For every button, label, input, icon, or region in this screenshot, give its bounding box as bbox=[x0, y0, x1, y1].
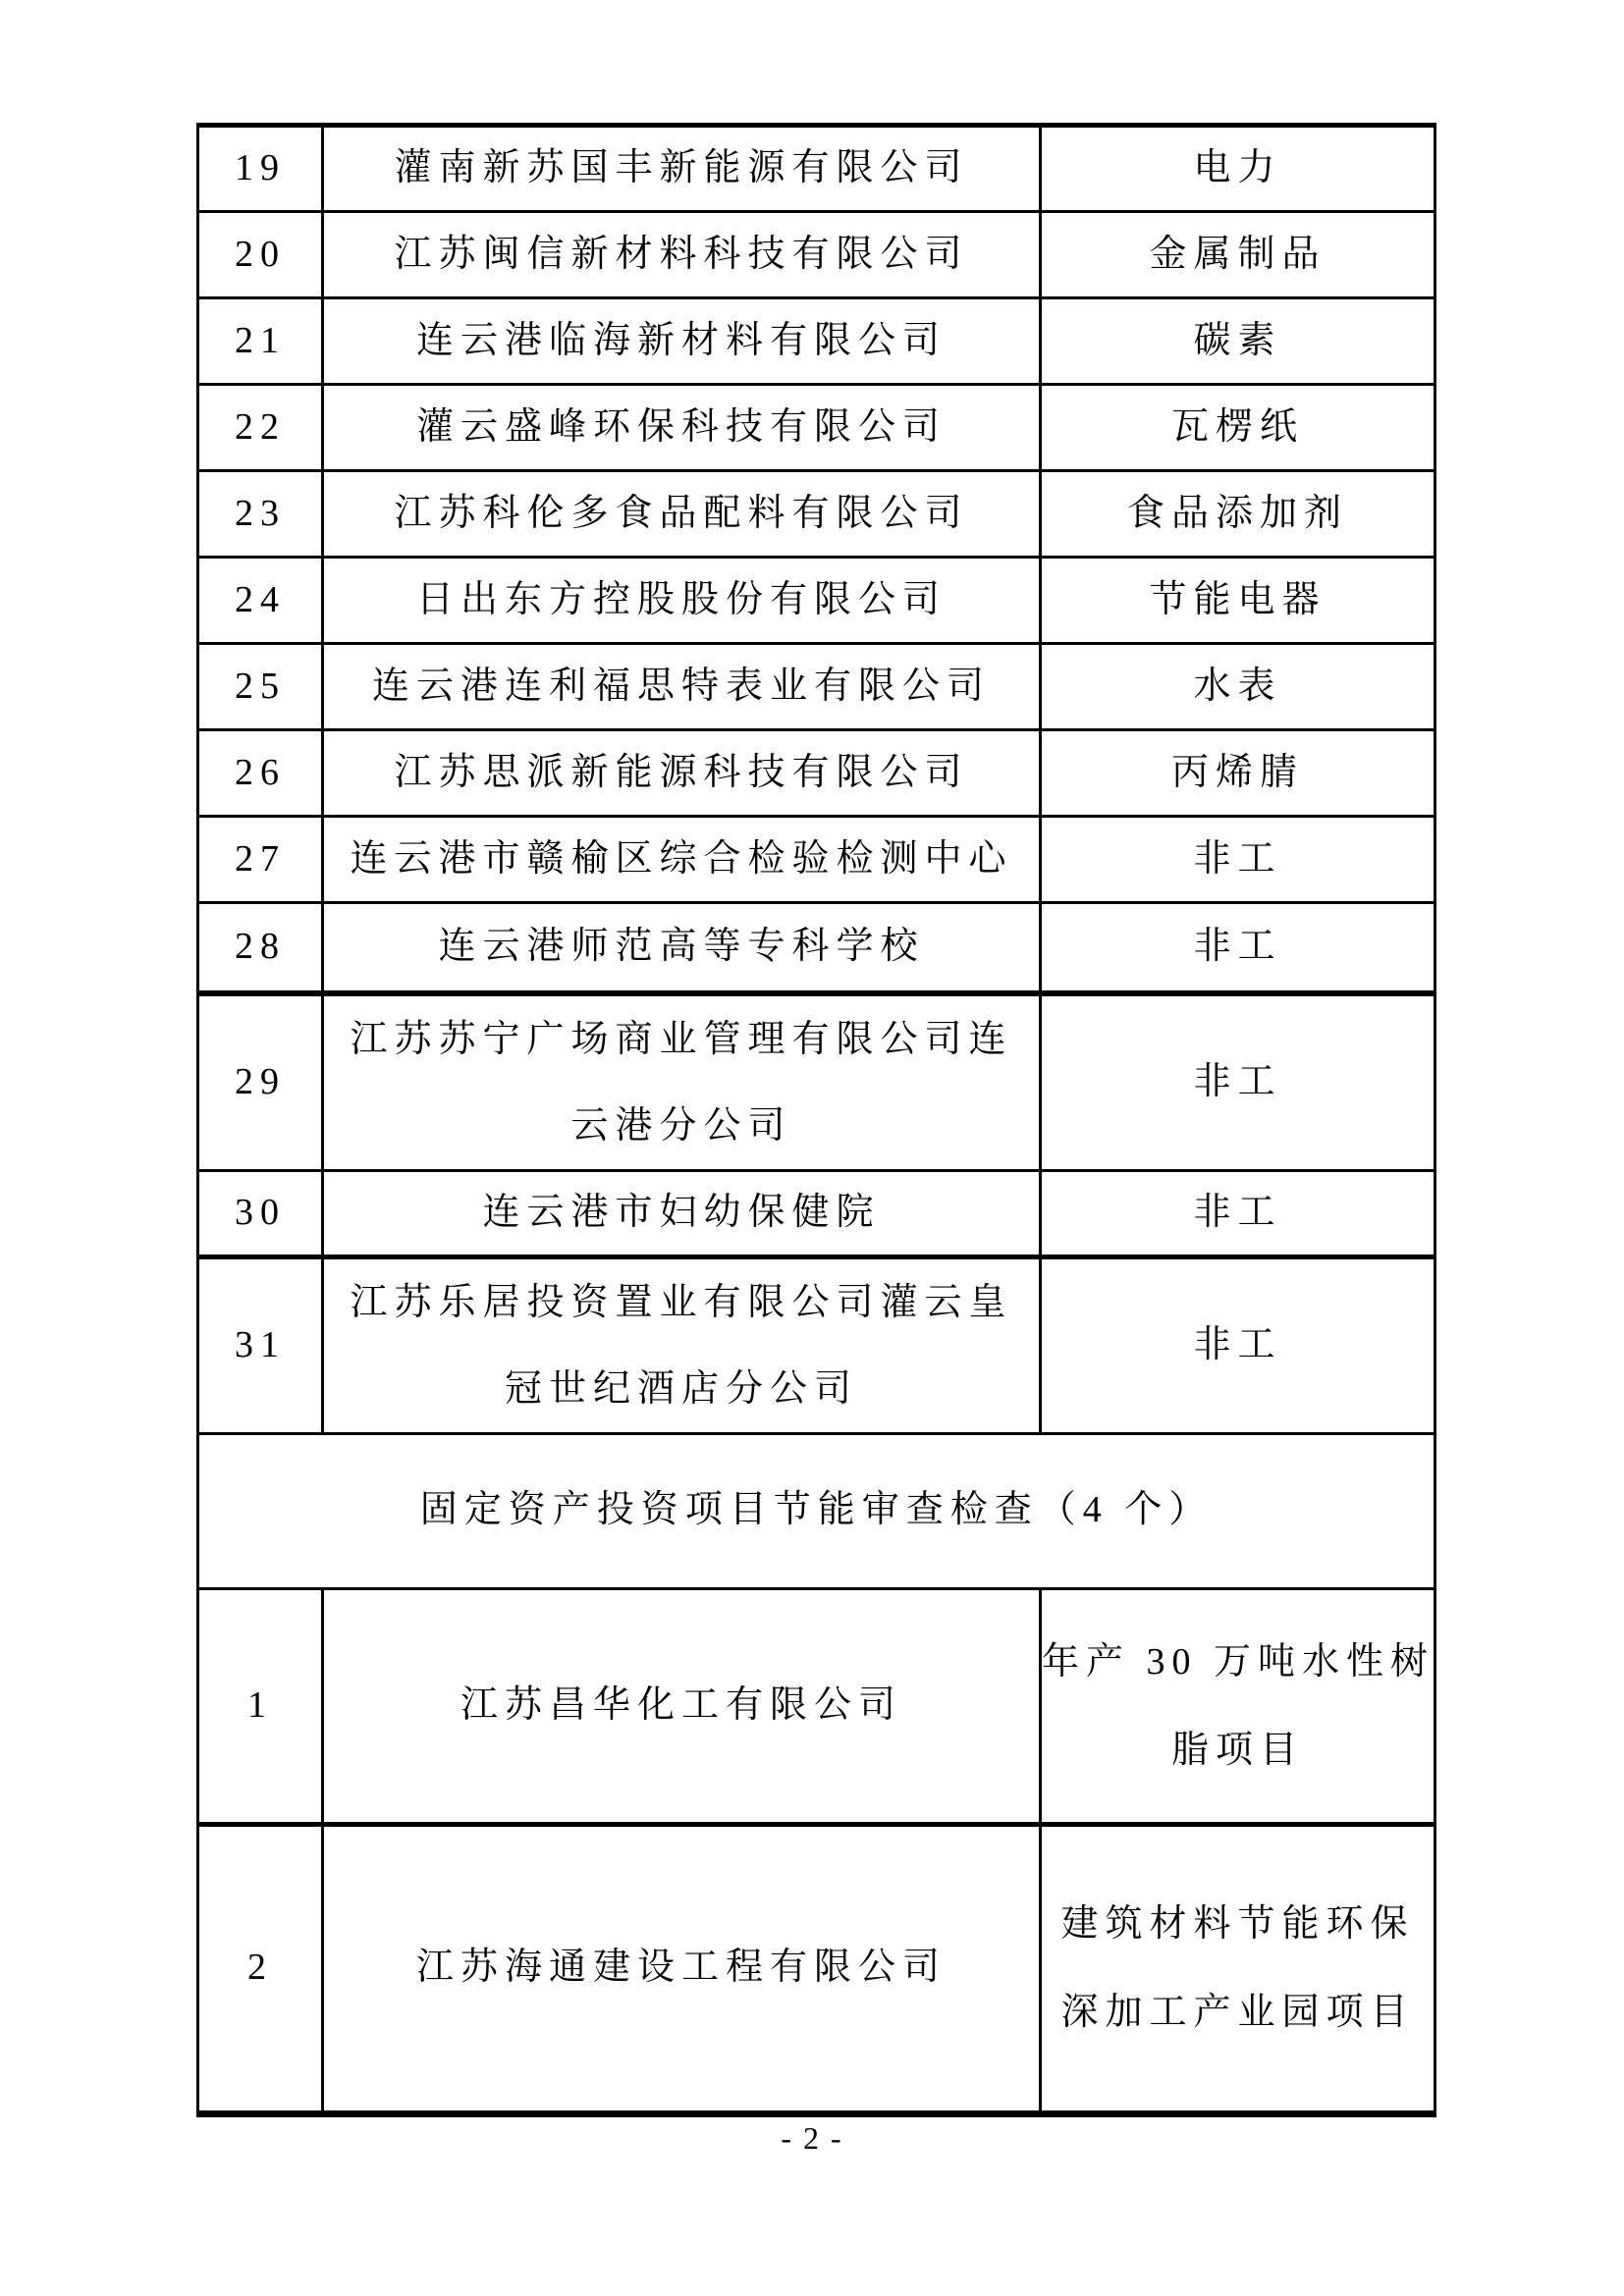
company-name-cell: 江苏思派新能源科技有限公司 bbox=[323, 730, 1041, 817]
row-number-cell: 26 bbox=[198, 730, 323, 817]
company-name-line: 江苏苏宁广场商业管理有限公司连 bbox=[324, 996, 1039, 1083]
table-row: 24 日出东方控股股份有限公司 节能电器 bbox=[198, 558, 1435, 644]
row-number-cell: 24 bbox=[198, 558, 323, 644]
row-number-cell: 19 bbox=[198, 126, 323, 212]
category-cell: 电力 bbox=[1041, 126, 1435, 212]
company-name-line: 云港分公司 bbox=[324, 1083, 1039, 1169]
table-row: 20 江苏闽信新材料科技有限公司 金属制品 bbox=[198, 212, 1435, 298]
row-number-cell: 2 bbox=[198, 1824, 323, 2113]
project-name-line: 年产 30 万吨水性树 bbox=[1042, 1618, 1434, 1706]
project-name-line: 脂项目 bbox=[1042, 1706, 1434, 1794]
company-name-cell: 灌南新苏国丰新能源有限公司 bbox=[323, 126, 1041, 212]
table-row: 25 连云港连利福思特表业有限公司 水表 bbox=[198, 644, 1435, 730]
category-cell: 非工 bbox=[1041, 817, 1435, 903]
company-name-line: 江苏乐居投资置业有限公司灌云皇 bbox=[324, 1259, 1039, 1346]
table-row: 1 江苏昌华化工有限公司 年产 30 万吨水性树 脂项目 bbox=[198, 1588, 1435, 1824]
table-row: 27 连云港市赣榆区综合检验检测中心 非工 bbox=[198, 817, 1435, 903]
row-number-cell: 31 bbox=[198, 1256, 323, 1433]
company-name-cell: 连云港连利福思特表业有限公司 bbox=[323, 644, 1041, 730]
document-page: 19 灌南新苏国丰新能源有限公司 电力 20 江苏闽信新材料科技有限公司 金属制… bbox=[0, 0, 1624, 2296]
table-row: 2 江苏海通建设工程有限公司 建筑材料节能环保 深加工产业园项目 bbox=[198, 1824, 1435, 2113]
table-row: 19 灌南新苏国丰新能源有限公司 电力 bbox=[198, 126, 1435, 212]
row-number-cell: 25 bbox=[198, 644, 323, 730]
category-cell: 非工 bbox=[1041, 993, 1435, 1171]
company-name-cell: 连云港师范高等专科学校 bbox=[323, 903, 1041, 993]
company-name-cell: 灌云盛峰环保科技有限公司 bbox=[323, 385, 1041, 471]
category-cell: 非工 bbox=[1041, 1256, 1435, 1433]
project-name-line: 建筑材料节能环保 bbox=[1042, 1880, 1434, 1968]
company-name-cell: 江苏苏宁广场商业管理有限公司连 云港分公司 bbox=[323, 993, 1041, 1171]
row-number-cell: 21 bbox=[198, 298, 323, 385]
company-name-cell: 连云港市赣榆区综合检验检测中心 bbox=[323, 817, 1041, 903]
category-cell: 非工 bbox=[1041, 903, 1435, 993]
company-name-cell: 江苏科伦多食品配料有限公司 bbox=[323, 471, 1041, 558]
row-number-cell: 27 bbox=[198, 817, 323, 903]
audit-check-table: 19 灌南新苏国丰新能源有限公司 电力 20 江苏闽信新材料科技有限公司 金属制… bbox=[196, 123, 1436, 2117]
row-number-cell: 30 bbox=[198, 1170, 323, 1256]
table-row: 30 连云港市妇幼保健院 非工 bbox=[198, 1170, 1435, 1256]
table-row: 31 江苏乐居投资置业有限公司灌云皇 冠世纪酒店分公司 非工 bbox=[198, 1256, 1435, 1433]
row-number-cell: 29 bbox=[198, 993, 323, 1171]
section-header-row: 固定资产投资项目节能审查检查（4 个） bbox=[198, 1433, 1435, 1588]
company-name-cell: 江苏闽信新材料科技有限公司 bbox=[323, 212, 1041, 298]
row-number-cell: 23 bbox=[198, 471, 323, 558]
category-cell: 食品添加剂 bbox=[1041, 471, 1435, 558]
category-cell: 金属制品 bbox=[1041, 212, 1435, 298]
table-row: 29 江苏苏宁广场商业管理有限公司连 云港分公司 非工 bbox=[198, 993, 1435, 1171]
row-number-cell: 20 bbox=[198, 212, 323, 298]
section-header-cell: 固定资产投资项目节能审查检查（4 个） bbox=[198, 1433, 1435, 1588]
row-number-cell: 22 bbox=[198, 385, 323, 471]
category-cell: 瓦楞纸 bbox=[1041, 385, 1435, 471]
table-row: 26 江苏思派新能源科技有限公司 丙烯腈 bbox=[198, 730, 1435, 817]
category-cell: 节能电器 bbox=[1041, 558, 1435, 644]
company-name-cell: 连云港市妇幼保健院 bbox=[323, 1170, 1041, 1256]
row-number-cell: 28 bbox=[198, 903, 323, 993]
table-row: 23 江苏科伦多食品配料有限公司 食品添加剂 bbox=[198, 471, 1435, 558]
company-name-line: 冠世纪酒店分公司 bbox=[324, 1346, 1039, 1432]
category-cell: 丙烯腈 bbox=[1041, 730, 1435, 817]
category-cell: 非工 bbox=[1041, 1170, 1435, 1256]
category-cell: 碳素 bbox=[1041, 298, 1435, 385]
project-name-cell: 年产 30 万吨水性树 脂项目 bbox=[1041, 1588, 1435, 1824]
row-number-cell: 1 bbox=[198, 1588, 323, 1824]
table-row: 21 连云港临海新材料有限公司 碳素 bbox=[198, 298, 1435, 385]
table-row: 22 灌云盛峰环保科技有限公司 瓦楞纸 bbox=[198, 385, 1435, 471]
table-row: 28 连云港师范高等专科学校 非工 bbox=[198, 903, 1435, 993]
project-name-cell: 建筑材料节能环保 深加工产业园项目 bbox=[1041, 1824, 1435, 2113]
category-cell: 水表 bbox=[1041, 644, 1435, 730]
project-name-line: 深加工产业园项目 bbox=[1042, 1968, 1434, 2056]
company-name-cell: 江苏乐居投资置业有限公司灌云皇 冠世纪酒店分公司 bbox=[323, 1256, 1041, 1433]
company-name-cell: 江苏海通建设工程有限公司 bbox=[323, 1824, 1041, 2113]
company-name-cell: 连云港临海新材料有限公司 bbox=[323, 298, 1041, 385]
company-name-cell: 江苏昌华化工有限公司 bbox=[323, 1588, 1041, 1824]
page-number: - 2 - bbox=[0, 2120, 1624, 2157]
company-name-cell: 日出东方控股股份有限公司 bbox=[323, 558, 1041, 644]
